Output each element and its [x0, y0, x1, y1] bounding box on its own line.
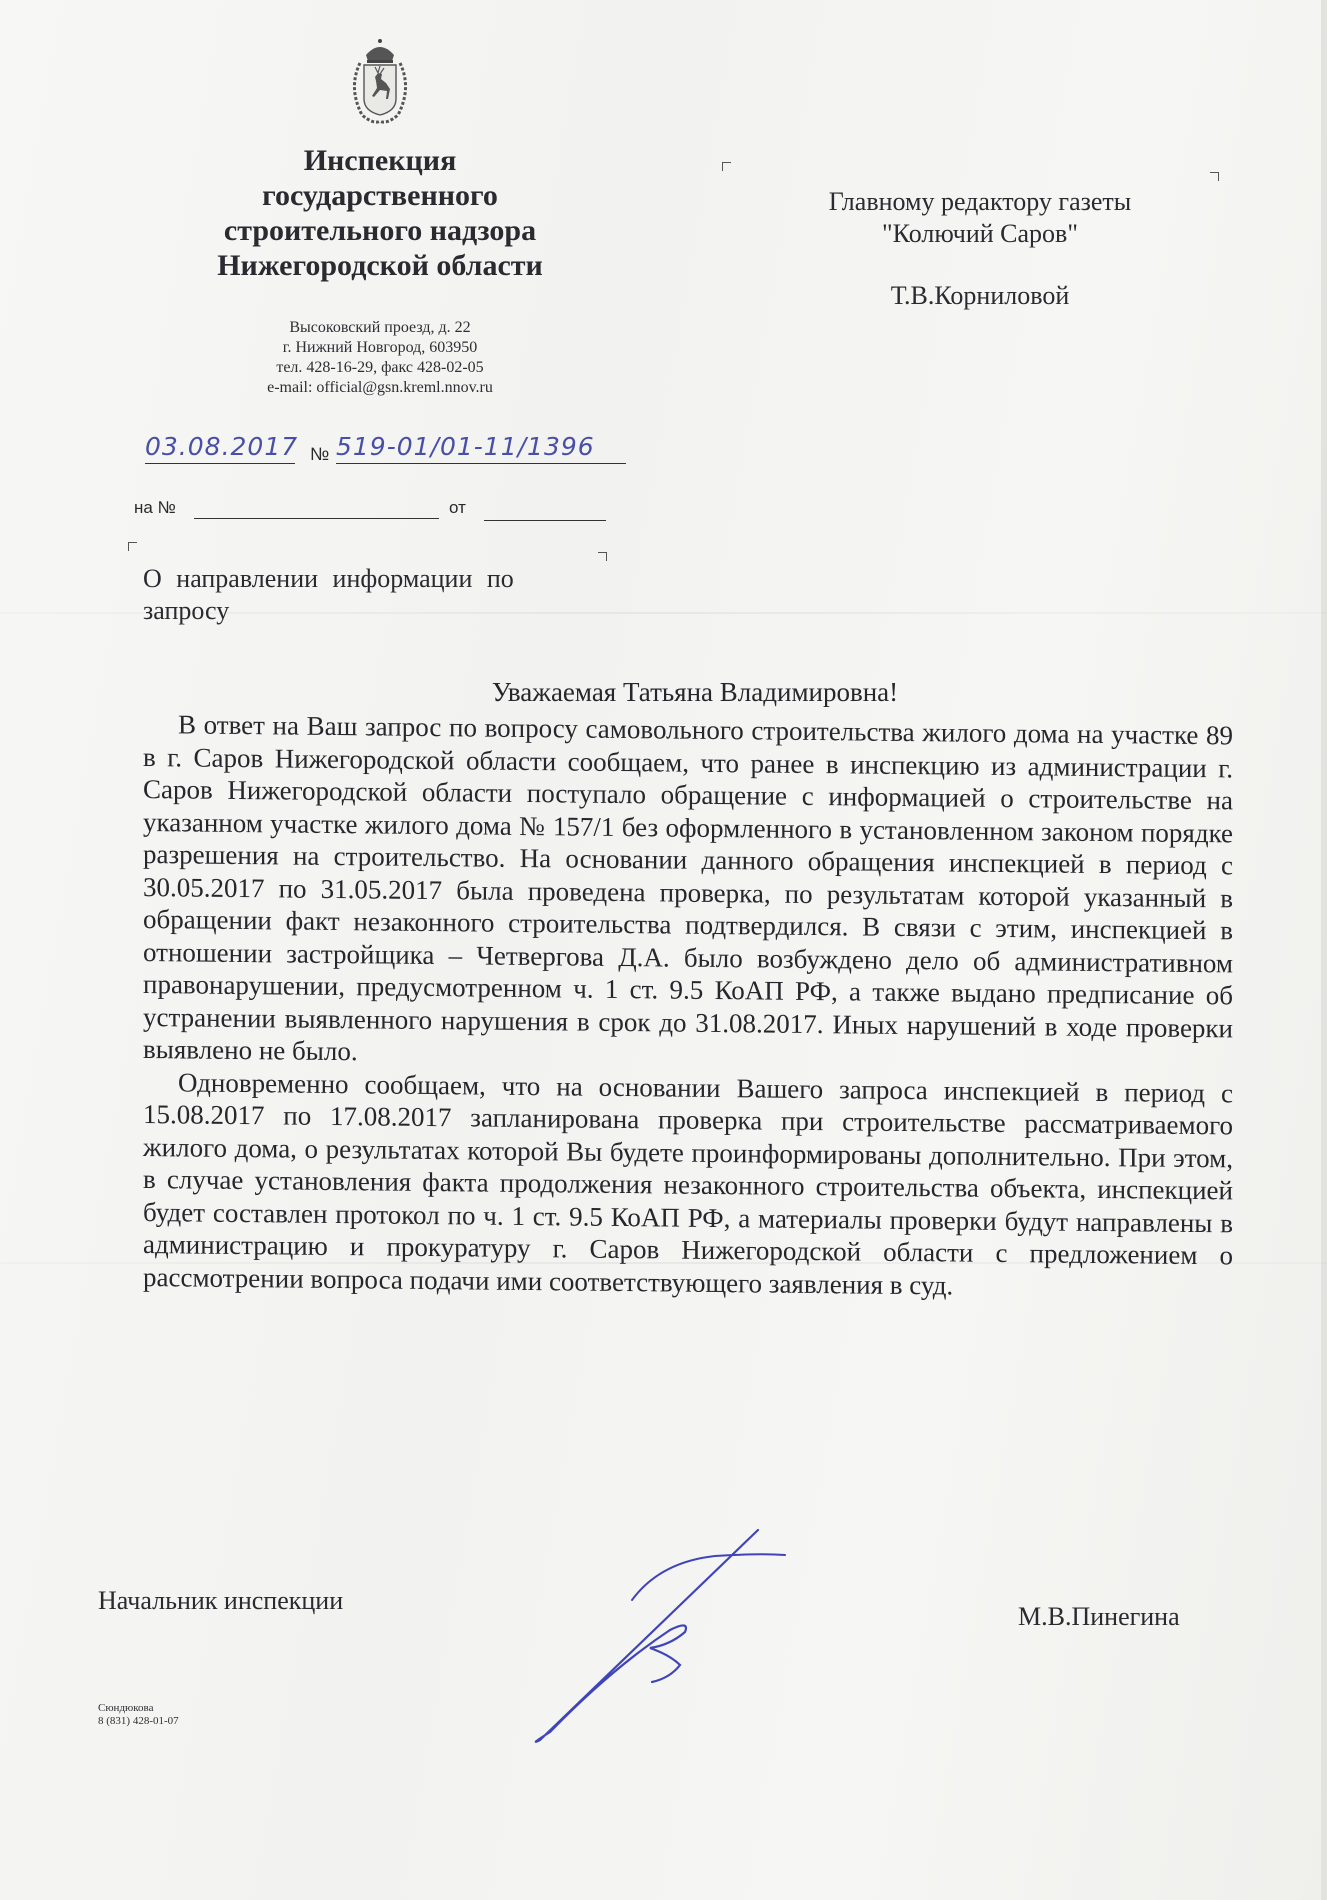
- reference-date-blank: [484, 520, 606, 521]
- org-phone-fax: тел. 428-16-29, факс 428-02-05: [180, 358, 580, 378]
- registration-row: 03.08.2017 № 519-01/01-11/1396: [140, 432, 640, 472]
- body-paragraph: Одновременно сообщаем, что на основании …: [143, 1066, 1233, 1305]
- executor-name: Сюндюкова: [98, 1702, 179, 1715]
- org-name-line: Инспекция: [150, 143, 610, 178]
- addressee-corner-mark: [722, 162, 731, 171]
- org-email: e-mail: official@gsn.kreml.nnov.ru: [180, 378, 580, 398]
- registration-date: 03.08.2017: [145, 432, 295, 464]
- registration-number: 519-01/01-11/1396: [336, 432, 626, 464]
- addressee-block: Главному редактору газеты "Колючий Саров…: [760, 186, 1200, 312]
- reference-date-label: от: [449, 498, 466, 518]
- handwritten-signature-icon: [520, 1520, 860, 1750]
- addressee-corner-mark: [1210, 172, 1219, 181]
- signatory-position: Начальник инспекции: [98, 1586, 343, 1616]
- executor-phone: 8 (831) 428-01-07: [98, 1715, 179, 1728]
- addressee-name: Т.В.Корниловой: [760, 280, 1200, 312]
- organization-contacts: Высоковский проезд, д. 22 г. Нижний Новг…: [180, 318, 580, 398]
- number-sign: №: [310, 444, 329, 465]
- body-paragraph: В ответ на Ваш запрос по вопросу самовол…: [143, 708, 1233, 1077]
- organization-name: Инспекция государственного строительного…: [150, 143, 610, 283]
- org-city: г. Нижний Новгород, 603950: [180, 338, 580, 358]
- letter-page: Инспекция государственного строительного…: [0, 0, 1327, 1900]
- org-name-line: Нижегородской области: [150, 248, 610, 283]
- subject-corner-mark: [128, 542, 137, 551]
- nizhny-novgorod-coat-of-arms-icon: [330, 33, 430, 133]
- letter-subject: О направлении информации по запросу: [143, 563, 603, 627]
- addressee-newspaper: "Колючий Саров": [760, 218, 1200, 250]
- salutation: Уважаемая Татьяна Владимировна!: [130, 677, 1260, 708]
- addressee-position: Главному редактору газеты: [760, 186, 1200, 218]
- subject-corner-mark: [598, 552, 607, 561]
- reference-row: на № от: [134, 498, 614, 528]
- reference-number-blank: [194, 518, 439, 519]
- org-name-line: государственного: [150, 178, 610, 213]
- reference-number-label: на №: [134, 498, 176, 518]
- org-name-line: строительного надзора: [150, 213, 610, 248]
- executor-info: Сюндюкова 8 (831) 428-01-07: [98, 1702, 179, 1728]
- signatory-name: М.В.Пинегина: [1018, 1602, 1180, 1632]
- letter-body: В ответ на Ваш запрос по вопросу самовол…: [143, 708, 1233, 1304]
- org-address: Высоковский проезд, д. 22: [180, 318, 580, 338]
- page-edge: [1321, 0, 1327, 1900]
